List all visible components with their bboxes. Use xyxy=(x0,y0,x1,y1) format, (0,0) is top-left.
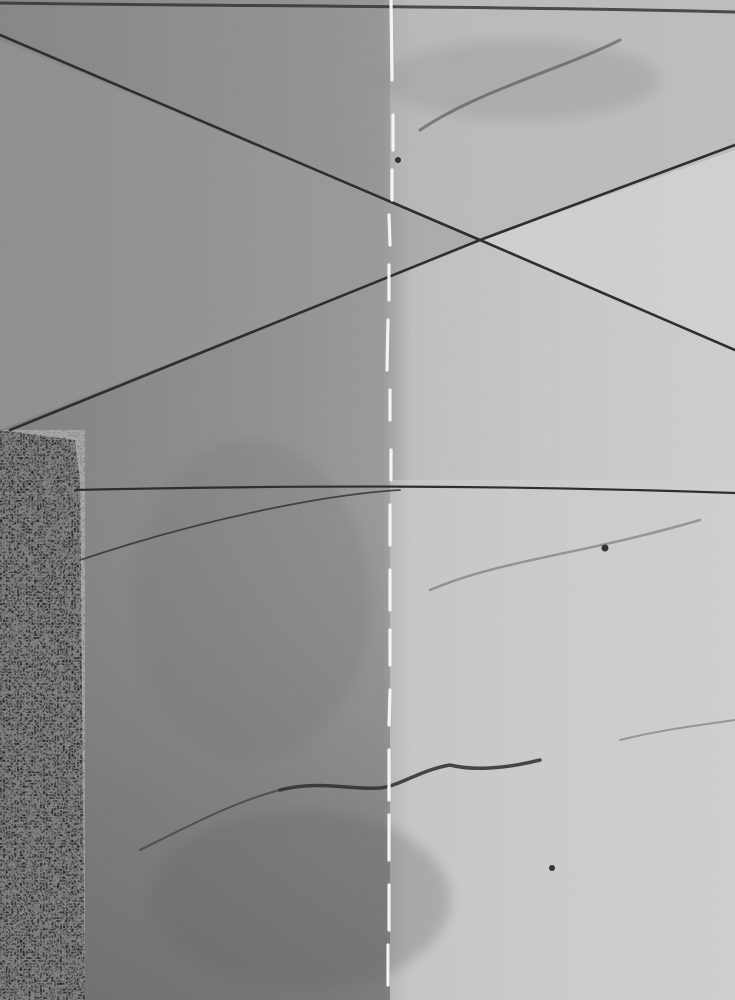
photograph: Black and white photograph of a weathere… xyxy=(0,0,735,1000)
photo-canvas xyxy=(0,0,735,1000)
grain-texture xyxy=(0,0,735,1000)
dark-band xyxy=(0,430,85,1000)
